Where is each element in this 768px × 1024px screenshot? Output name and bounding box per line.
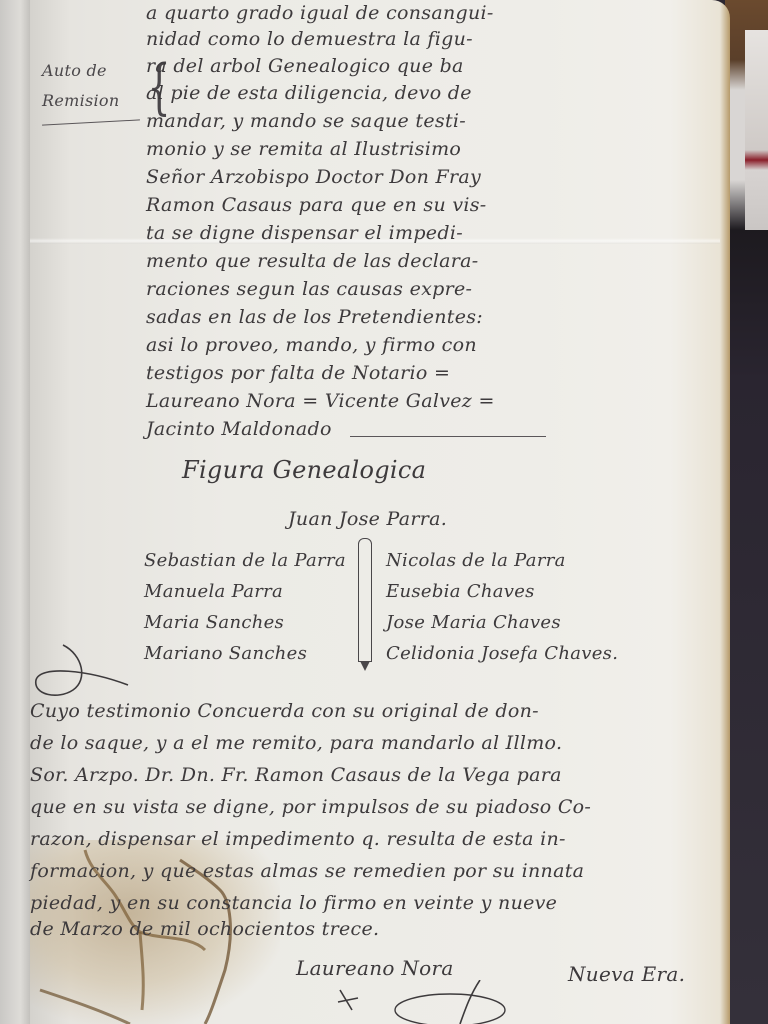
line-filler-rule [350,436,546,437]
body-line: monio y se remita al Ilustrisimo [146,138,461,160]
genealogy-name: Manuela Parra [144,576,346,607]
body-line: mento que resulta de las declara- [146,250,479,272]
genealogy-name: Maria Sanches [144,607,346,638]
genealogy-name: Nicolas de la Parra [386,545,618,576]
body-line: mandar, y mando se saque testi- [146,110,466,132]
closing-line: piedad, y en su constancia lo firmo en v… [30,892,557,914]
body-line: Ramon Casaus para que en su vis- [146,194,487,216]
body-line: raciones segun las causas expre- [146,278,472,300]
body-line: asi lo proveo, mando, y firmo con [146,334,477,356]
signature-rubric [330,980,510,1024]
figure-title: Figura Genealogica [182,456,426,484]
genealogy-name: Jose Maria Chaves [386,607,618,638]
body-line: al pie de esta diligencia, devo de [146,82,472,104]
genealogy-name: Sebastian de la Parra [144,545,346,576]
closing-line: de lo saque, y a el me remito, para mand… [30,732,562,754]
body-line: ra del arbol Genealogico que ba [146,55,464,77]
closing-line: de Marzo de mil ochocientos trece. [30,918,379,940]
genealogy-left-branch: Sebastian de la Parra Manuela Parra Mari… [144,545,346,669]
margin-note: Auto de Remision [42,56,142,116]
genealogy-name: Mariano Sanches [144,638,346,669]
body-line: Jacinto Maldonado [146,418,332,440]
body-line: sadas en las de los Pretendientes: [146,306,483,328]
signature: Nueva Era. [568,962,685,986]
figure-root-name: Juan Jose Parra. [288,508,447,530]
body-line: Laureano Nora = Vicente Galvez = [146,390,495,412]
genealogy-connector [358,538,372,662]
body-line: ta se digne dispensar el impedi- [146,222,463,244]
closing-line: formacion, y que estas almas se remedien… [30,860,584,882]
genealogy-right-branch: Nicolas de la Parra Eusebia Chaves Jose … [386,545,618,669]
closing-line: que en su vista se digne, por impulsos d… [30,796,591,818]
margin-note-line: Remision [42,86,142,116]
facing-page-edge [0,0,34,1024]
closing-line: razon, dispensar el impedimento q. resul… [30,828,566,850]
closing-line: Cuyo testimonio Concuerda con su origina… [30,700,539,722]
body-line: Señor Arzobispo Doctor Don Fray [146,166,481,188]
closing-line: Sor. Arzpo. Dr. Dn. Fr. Ramon Casaus de … [30,764,562,786]
signature: Laureano Nora [296,956,454,980]
body-line: testigos por falta de Notario = [146,362,450,384]
body-line: nidad como lo demuestra la figu- [146,28,473,50]
genealogy-name: Celidonia Josefa Chaves. [386,638,618,669]
margin-note-line: Auto de [42,56,142,86]
background-object [745,30,768,230]
genealogy-name: Eusebia Chaves [386,576,618,607]
body-line: a quarto grado igual de consangui- [146,2,494,24]
